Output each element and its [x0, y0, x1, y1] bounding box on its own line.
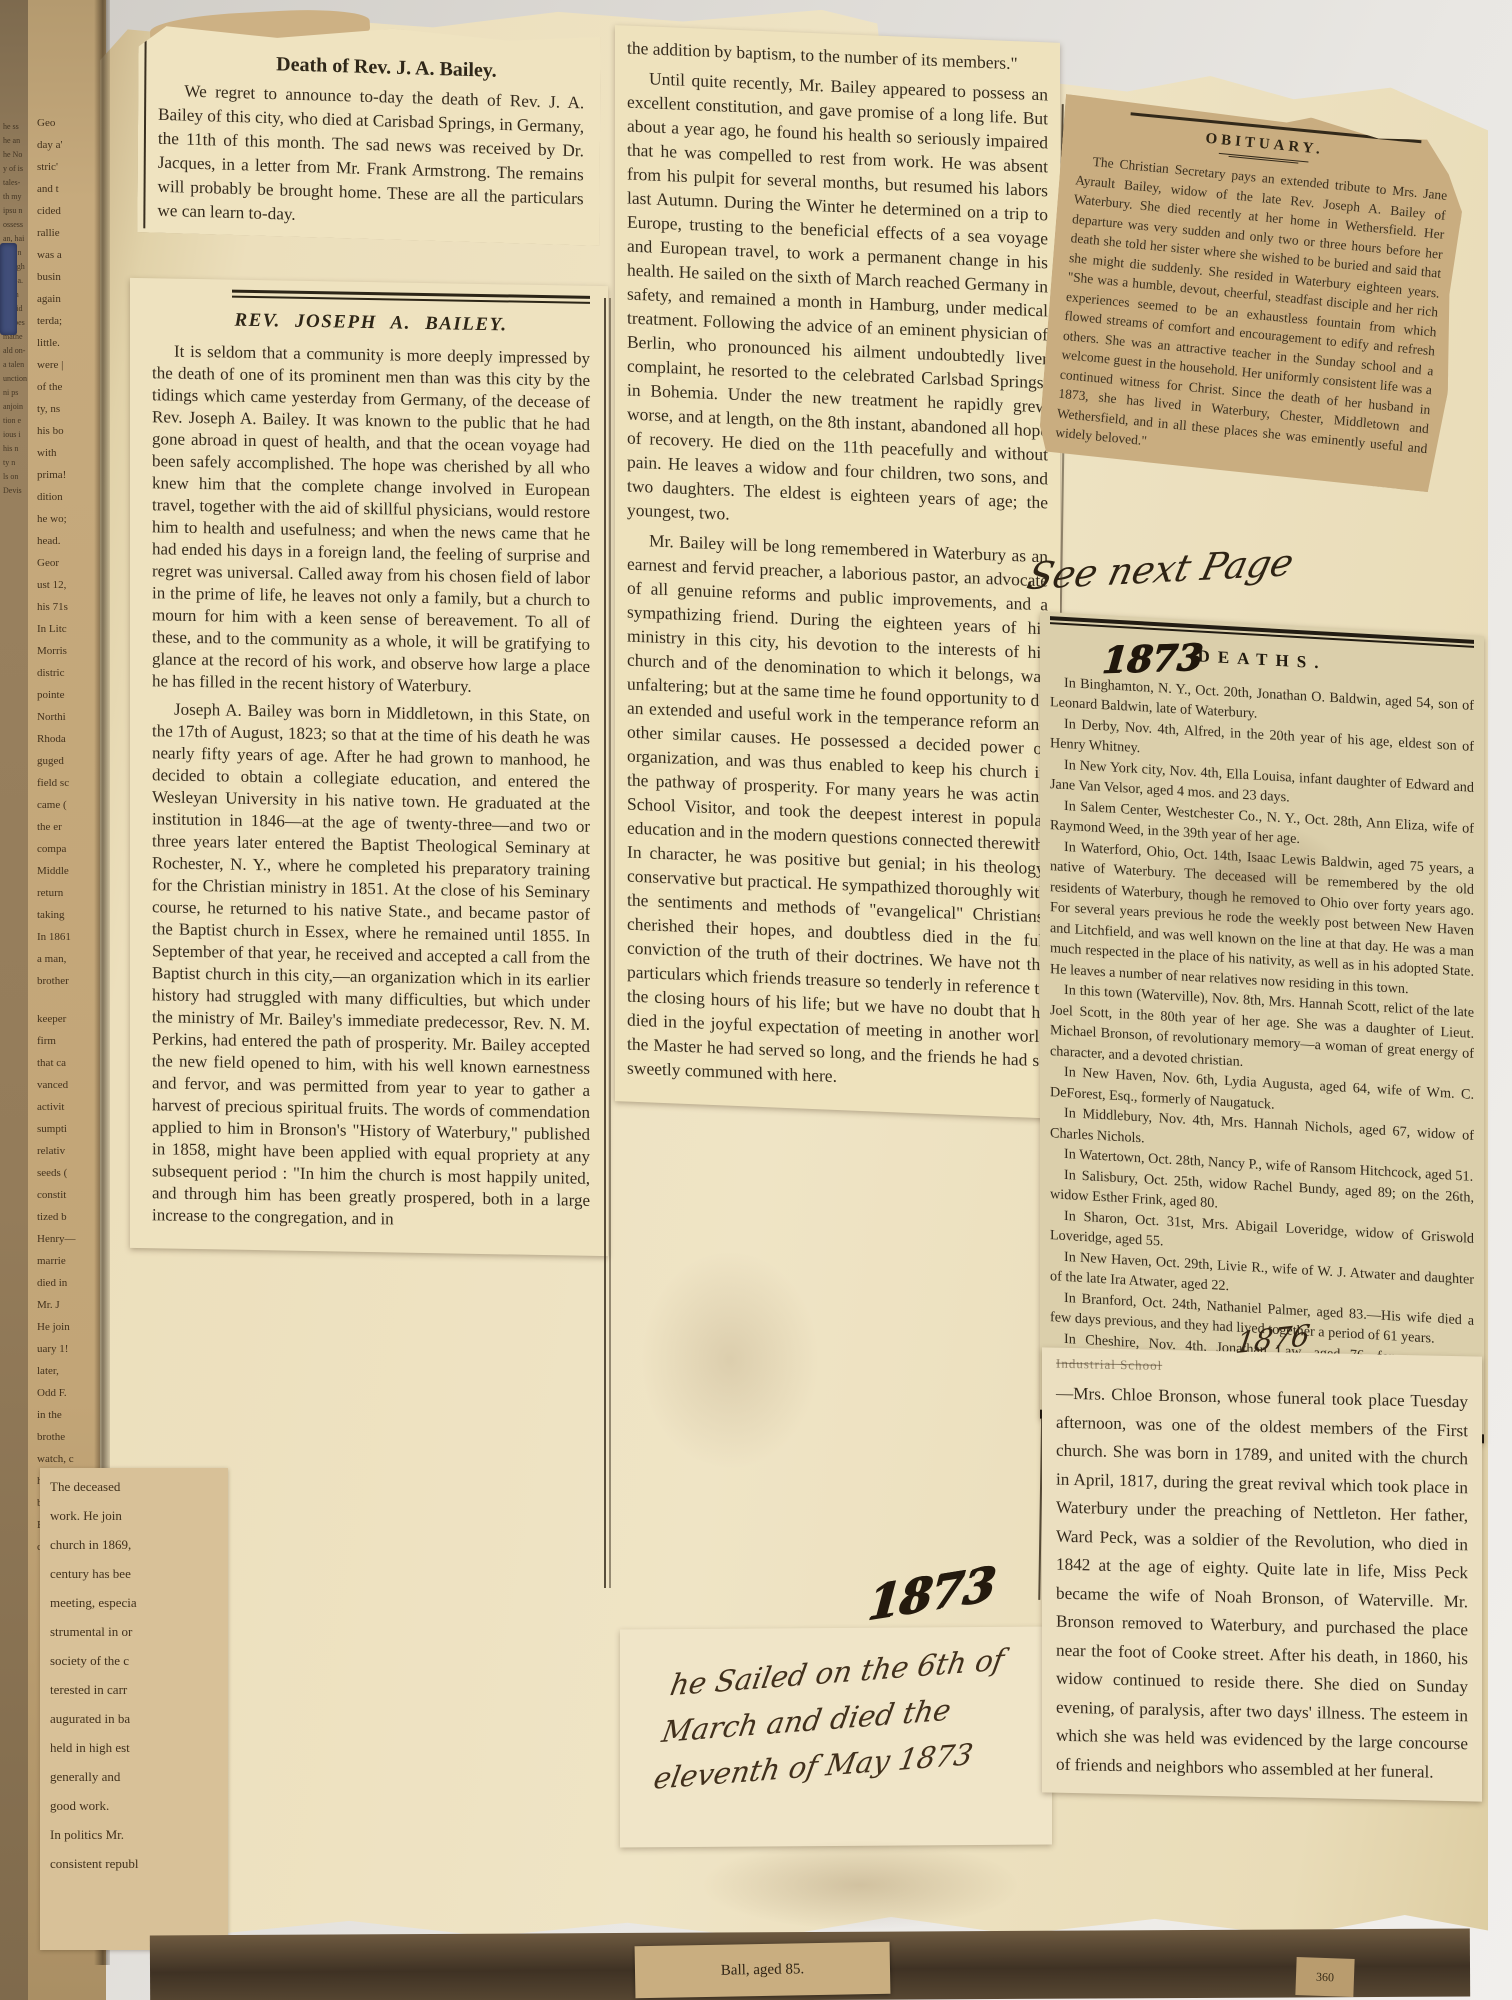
- bailey-article-para2: Joseph A. Bailey was born in Middletown,…: [152, 698, 590, 1234]
- obituary-body: The Christian Secretary pays an extended…: [1055, 150, 1448, 477]
- death-notice-body: We regret to announce to-day the death o…: [157, 79, 584, 236]
- handwritten-year-1873: 1873: [1100, 636, 1204, 681]
- handwritten-note-strip: he Sailed on the 6th of March and died t…: [620, 1626, 1052, 1847]
- bottom-left-clipping-fragment: The deceased work. He join church in 186…: [40, 1468, 228, 1950]
- death-notice-headline: Death of Rev. J. A. Bailey.: [188, 51, 584, 86]
- scrapbook-photo: he ss he an he No y of is tales- th my i…: [0, 0, 1512, 2000]
- bottom-clipping-fragment: Ball, aged 85.: [635, 1942, 891, 1998]
- bailey-article-headline: REV. JOSEPH A. BAILEY.: [152, 308, 590, 338]
- column-divider: [604, 298, 606, 1588]
- clipping-bailey-article: REV. JOSEPH A. BAILEY. It is seldom that…: [130, 278, 608, 1256]
- bottom-clipping-number: 360: [1295, 1957, 1354, 1997]
- continuation-para1: Until quite recently, Mr. Bailey appeare…: [627, 66, 1048, 539]
- continuation-para2: Mr. Bailey will be long remembered in Wa…: [627, 528, 1048, 1097]
- bottom-fragment-number: 360: [1316, 1969, 1335, 1985]
- bronson-body: —Mrs. Chloe Bronson, whose funeral took …: [1056, 1380, 1468, 1788]
- bailey-article-para1: It is seldom that a community is more de…: [152, 340, 590, 700]
- clipping-bailey-continuation: the addition by baptism, to the number o…: [615, 25, 1060, 1119]
- bottom-fragment-text: Ball, aged 85.: [721, 1961, 805, 1979]
- bronson-fragment: Industrial School: [1056, 1356, 1468, 1381]
- column-rule: [143, 25, 146, 228]
- clipping-death-notice: Death of Rev. J. A. Bailey. We regret to…: [137, 21, 600, 246]
- death-entry: In Waterford, Ohio, Oct. 14th, Isaac Lew…: [1050, 836, 1474, 1003]
- clipping-chloe-bronson: Industrial School —Mrs. Chloe Bronson, w…: [1042, 1347, 1482, 1801]
- blue-book-edge: [0, 243, 17, 335]
- clipping-obituary: OBITUARY. The Christian Secretary pays a…: [1038, 94, 1469, 493]
- column-divider: [609, 298, 611, 1588]
- clipping-deaths-list: 1873 DEATHS. In Binghamton, N. Y., Oct. …: [1040, 612, 1484, 1443]
- handwritten-note: he Sailed on the 6th of March and died t…: [650, 1636, 1008, 1802]
